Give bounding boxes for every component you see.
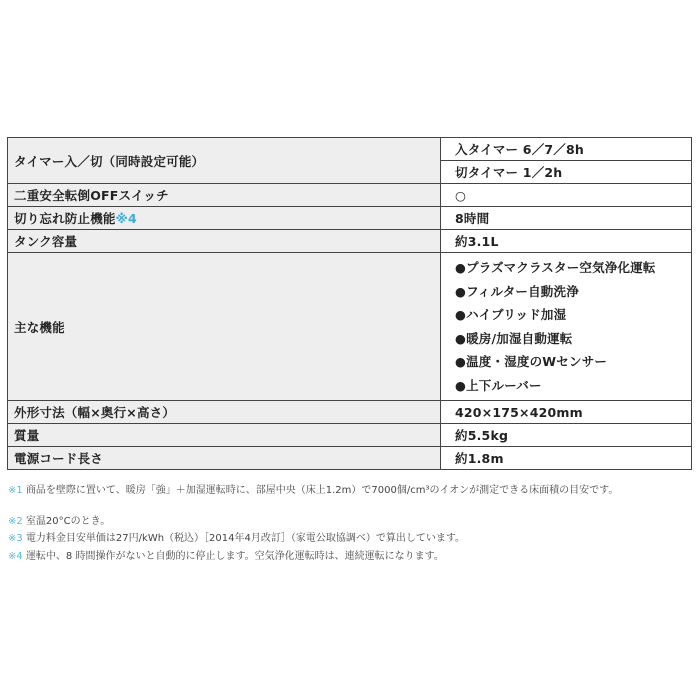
footnote-text: 商品を壁際に置いて、暖房「強」＋加湿運転時に、部屋中央（床上1.2m）で7000… [26,485,618,496]
table-row: 二重安全転倒OFFスイッチ ○ [8,184,692,207]
row-label: 切り忘れ防止機能※4 [8,207,441,230]
footnote-text: 室温20°Cのとき。 [26,516,110,527]
footnote: ※2 室温20°Cのとき。 [8,512,110,527]
row-label: タンク容量 [8,230,441,253]
row-label: 電源コード長さ [8,447,441,470]
footnote: ※3 電力料金目安単価は27円/kWh（税込）［2014年4月改訂］（家電公取協… [8,529,465,544]
spec-table: タイマー入／切（同時設定可能） 入タイマー 6／7／8h 切タイマー 1／2h … [7,137,692,470]
footnote-text: 運転中、8 時間操作がないと自動的に停止します。空気浄化運転時は、連続運転になり… [26,551,444,562]
row-label-text: 切り忘れ防止機能 [14,211,116,226]
row-label: 質量 [8,424,441,447]
feature-item: ●暖房/加湿自動運転 [455,327,685,351]
row-label: 二重安全転倒OFFスイッチ [8,184,441,207]
row-label: 主な機能 [8,253,441,401]
footnote-text: 電力料金目安単価は27円/kWh（税込）［2014年4月改訂］（家電公取協調べ）… [26,533,465,544]
feature-item: ●上下ルーバー [455,374,685,398]
footnote-mark: ※2 [8,516,23,527]
table-row: 質量 約5.5kg [8,424,692,447]
row-label: 外形寸法（幅×奥行×高さ） [8,401,441,424]
row-label: タイマー入／切（同時設定可能） [8,138,441,184]
table-row: タイマー入／切（同時設定可能） 入タイマー 6／7／8h [8,138,692,161]
feature-list: ●プラズマクラスター空気浄化運転 ●フィルター自動洗浄 ●ハイブリッド加湿 ●暖… [441,253,692,401]
row-value: 約3.1L [441,230,692,253]
footnote-mark: ※1 [8,485,23,496]
table-row: 主な機能 ●プラズマクラスター空気浄化運転 ●フィルター自動洗浄 ●ハイブリッド… [8,253,692,401]
row-value: ○ [441,184,692,207]
feature-item: ●ハイブリッド加湿 [455,303,685,327]
row-value: 切タイマー 1／2h [441,161,692,184]
footnote: ※4 運転中、8 時間操作がないと自動的に停止します。空気浄化運転時は、連続運転… [8,547,444,562]
row-value: 入タイマー 6／7／8h [441,138,692,161]
table-row: 電源コード長さ 約1.8m [8,447,692,470]
row-value: 約5.5kg [441,424,692,447]
feature-item: ●フィルター自動洗浄 [455,280,685,304]
table-row: 外形寸法（幅×奥行×高さ） 420×175×420mm [8,401,692,424]
feature-item: ●温度・湿度のWセンサー [455,350,685,374]
reference-mark: ※4 [116,211,137,226]
footnote-mark: ※3 [8,533,23,544]
row-value: 8時間 [441,207,692,230]
footnote: ※1 商品を壁際に置いて、暖房「強」＋加湿運転時に、部屋中央（床上1.2m）で7… [8,481,618,496]
footnote-mark: ※4 [8,551,23,562]
table-row: タンク容量 約3.1L [8,230,692,253]
row-value: 420×175×420mm [441,401,692,424]
row-value: 約1.8m [441,447,692,470]
table-row: 切り忘れ防止機能※4 8時間 [8,207,692,230]
feature-item: ●プラズマクラスター空気浄化運転 [455,256,685,280]
